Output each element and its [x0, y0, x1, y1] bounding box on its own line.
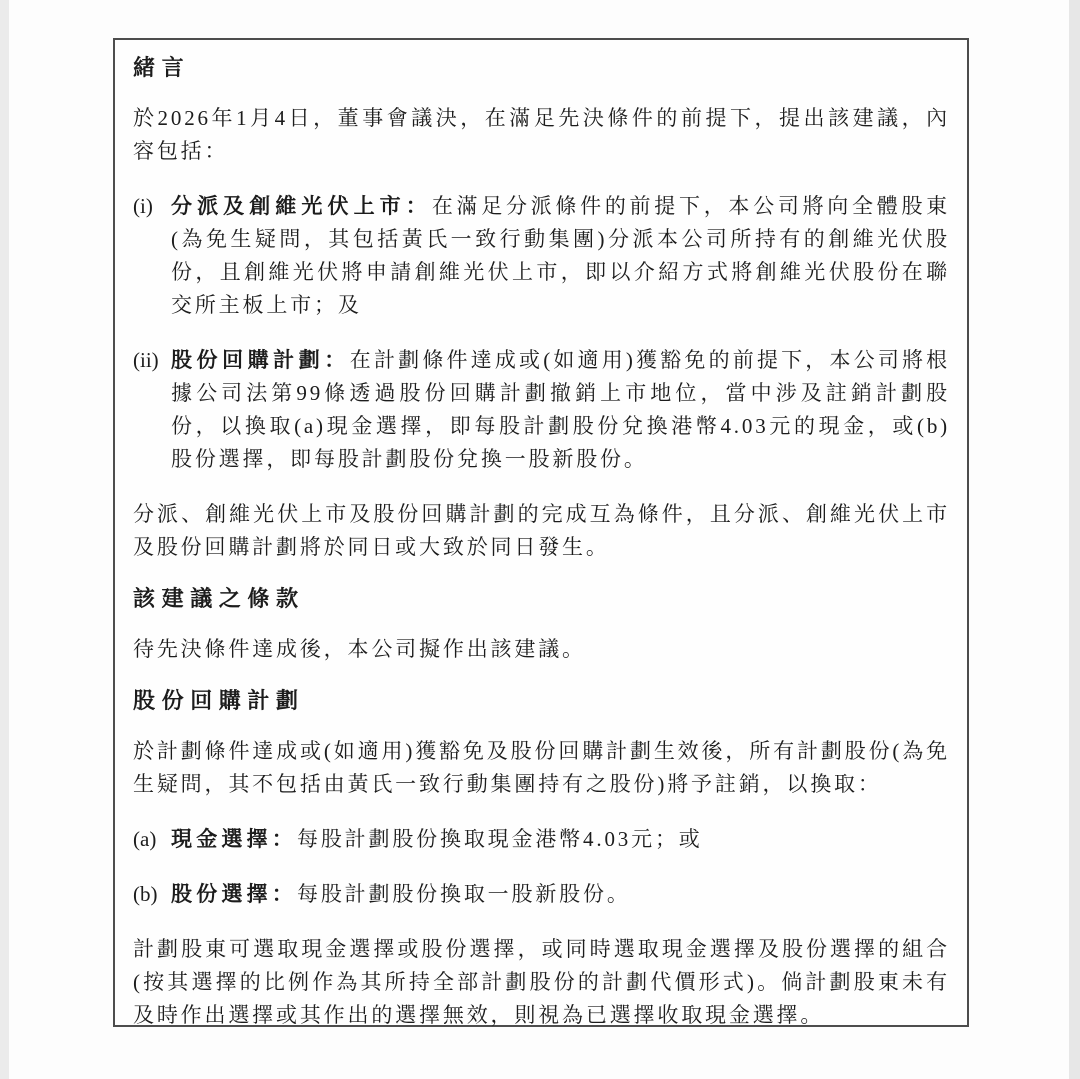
list-item-body: 現金選擇：每股計劃股份換取現金港幣4.03元；或 [171, 823, 950, 856]
list-item-text: 每股計劃股份換取一股新股份。 [297, 882, 631, 906]
list-marker: (a) [133, 823, 171, 856]
list-item-lead-term: 股份回購計劃： [171, 348, 350, 372]
list-item-lead-term: 分派及創維光伏上市： [171, 194, 432, 218]
list-item-share-buyback-scheme: (ii) 股份回購計劃：在計劃條件達成或(如適用)獲豁免的前提下，本公司將根據公… [133, 344, 950, 476]
paragraph-proposal-intent: 待先決條件達成後，本公司擬作出該建議。 [133, 633, 950, 666]
list-marker: (ii) [133, 344, 171, 476]
paragraph-interconditional: 分派、創維光伏上市及股份回購計劃的完成互為條件，且分派、創維光伏上市及股份回購計… [133, 498, 950, 564]
list-item-body: 股份選擇：每股計劃股份換取一股新股份。 [171, 878, 950, 911]
list-item-distribution-listing: (i) 分派及創維光伏上市：在滿足分派條件的前提下，本公司將向全體股東(為免生疑… [133, 190, 950, 322]
scan-edge-right [1069, 0, 1080, 1079]
list-item-lead-term: 現金選擇： [171, 827, 297, 851]
document-page: 緒言 於2026年1月4日，董事會議決，在滿足先決條件的前提下，提出該建議，內容… [113, 38, 969, 1027]
paragraph-board-resolution: 於2026年1月4日，董事會議決，在滿足先決條件的前提下，提出該建議，內容包括： [133, 102, 950, 168]
list-item-share-option: (b) 股份選擇：每股計劃股份換取一股新股份。 [133, 878, 950, 911]
list-item-body: 分派及創維光伏上市：在滿足分派條件的前提下，本公司將向全體股東(為免生疑問，其包… [171, 190, 950, 322]
section-heading-introduction: 緒言 [133, 55, 950, 81]
scan-edge-left [0, 0, 9, 1079]
list-marker: (b) [133, 878, 171, 911]
paragraph-election-rules: 計劃股東可選取現金選擇或股份選擇，或同時選取現金選擇及股份選擇的組合(按其選擇的… [133, 933, 950, 1032]
section-heading-proposal-terms: 該建議之條款 [133, 586, 950, 612]
list-marker: (i) [133, 190, 171, 322]
list-item-lead-term: 股份選擇： [171, 882, 297, 906]
paragraph-cancellation-conditions: 於計劃條件達成或(如適用)獲豁免及股份回購計劃生效後，所有計劃股份(為免生疑問，… [133, 735, 950, 801]
list-item-cash-option: (a) 現金選擇：每股計劃股份換取現金港幣4.03元；或 [133, 823, 950, 856]
section-heading-share-buyback: 股份回購計劃 [133, 688, 950, 714]
list-item-text: 每股計劃股份換取現金港幣4.03元；或 [297, 827, 703, 851]
list-item-body: 股份回購計劃：在計劃條件達成或(如適用)獲豁免的前提下，本公司將根據公司法第99… [171, 344, 950, 476]
